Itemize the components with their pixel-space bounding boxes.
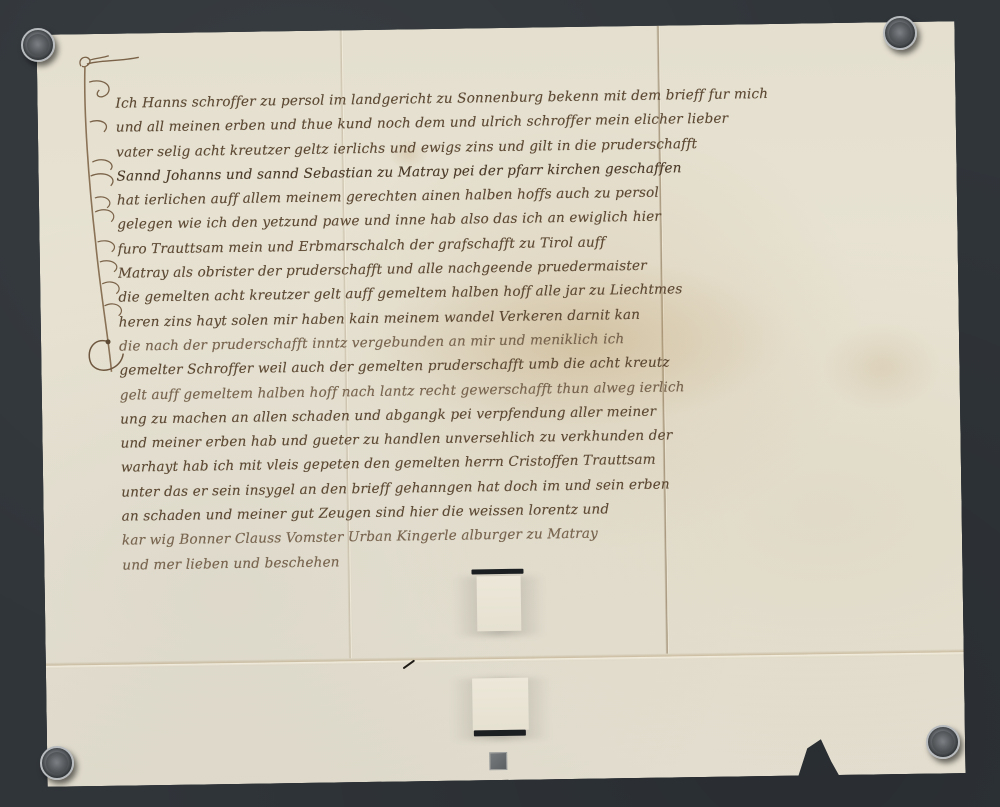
seal-slit-upper	[471, 569, 523, 575]
seal-flap-lower	[472, 678, 529, 731]
seal-slit-lower	[474, 730, 526, 737]
magnet-pin-top-right-icon	[883, 16, 917, 50]
magnet-pin-top-left-icon	[21, 28, 55, 62]
horizontal-fold	[46, 649, 964, 669]
seal-tag	[489, 752, 507, 770]
parchment-sheet: Ich Hanns schroffer zu persol im landger…	[36, 21, 965, 787]
magnet-pin-bottom-left-icon	[40, 746, 74, 780]
charter-text: Ich Hanns schroffer zu persol im landger…	[115, 79, 962, 577]
seal-flap-upper	[477, 576, 522, 632]
magnet-pin-bottom-right-icon	[926, 725, 960, 759]
